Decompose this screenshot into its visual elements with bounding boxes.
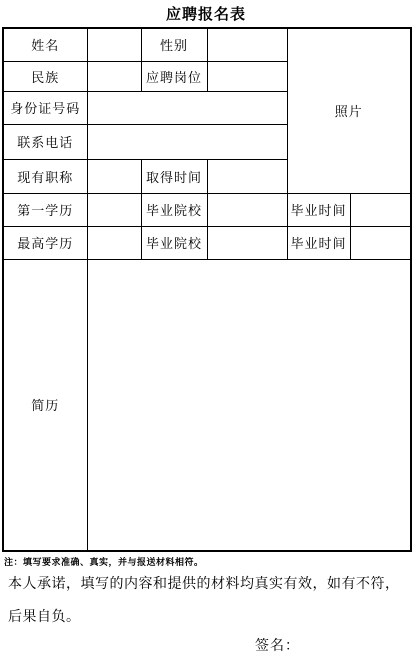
declaration-text: 本人承诺，填写的内容和提供的材料均真实有效，如有不符，后果自负。	[8, 567, 410, 633]
application-form-table: 姓名 性别 照片 民族 应聘岗位 身份证号码 联系电话	[2, 27, 412, 552]
position-input-cell[interactable]	[207, 61, 287, 91]
gender-input-cell[interactable]	[207, 28, 287, 61]
first-grad-school-input-cell[interactable]	[207, 193, 287, 226]
highest-degree-input-cell[interactable]	[87, 226, 141, 259]
phone-input-cell[interactable]	[87, 124, 287, 159]
name-label: 姓名	[3, 28, 87, 61]
id-number-input-cell[interactable]	[87, 91, 287, 124]
signature-label: 签名：	[255, 635, 300, 655]
ethnicity-input-cell[interactable]	[87, 61, 141, 91]
current-title-label: 现有职称	[3, 159, 87, 193]
name-input-cell[interactable]	[87, 28, 141, 61]
highest-grad-time-input-cell[interactable]	[350, 226, 411, 259]
obtain-time-input-cell[interactable]	[207, 159, 287, 193]
highest-degree-label: 最高学历	[3, 226, 87, 259]
highest-grad-school-input-cell[interactable]	[207, 226, 287, 259]
first-grad-time-label: 毕业时间	[287, 193, 350, 226]
row-resume: 简历	[3, 259, 411, 551]
id-number-label: 身份证号码	[3, 91, 87, 124]
row-highest-degree: 最高学历 毕业院校 毕业时间	[3, 226, 411, 259]
phone-label: 联系电话	[3, 124, 87, 159]
highest-grad-time-label: 毕业时间	[287, 226, 350, 259]
obtain-time-label: 取得时间	[141, 159, 207, 193]
first-grad-school-label: 毕业院校	[141, 193, 207, 226]
highest-grad-school-label: 毕业院校	[141, 226, 207, 259]
gender-label: 性别	[141, 28, 207, 61]
first-degree-input-cell[interactable]	[87, 193, 141, 226]
row-first-degree: 第一学历 毕业院校 毕业时间	[3, 193, 411, 226]
photo-cell[interactable]: 照片	[287, 28, 411, 193]
photo-label: 照片	[335, 104, 363, 119]
ethnicity-label: 民族	[3, 61, 87, 91]
first-grad-time-input-cell[interactable]	[350, 193, 411, 226]
first-degree-label: 第一学历	[3, 193, 87, 226]
resume-input-cell[interactable]	[87, 259, 411, 551]
resume-label: 简历	[3, 259, 87, 551]
row-name-gender: 姓名 性别 照片	[3, 28, 411, 61]
position-label: 应聘岗位	[141, 61, 207, 91]
current-title-input-cell[interactable]	[87, 159, 141, 193]
application-form-page: 应聘报名表 姓名 性别 照片 民族 应聘岗位	[0, 0, 412, 661]
form-title: 应聘报名表	[0, 3, 412, 24]
